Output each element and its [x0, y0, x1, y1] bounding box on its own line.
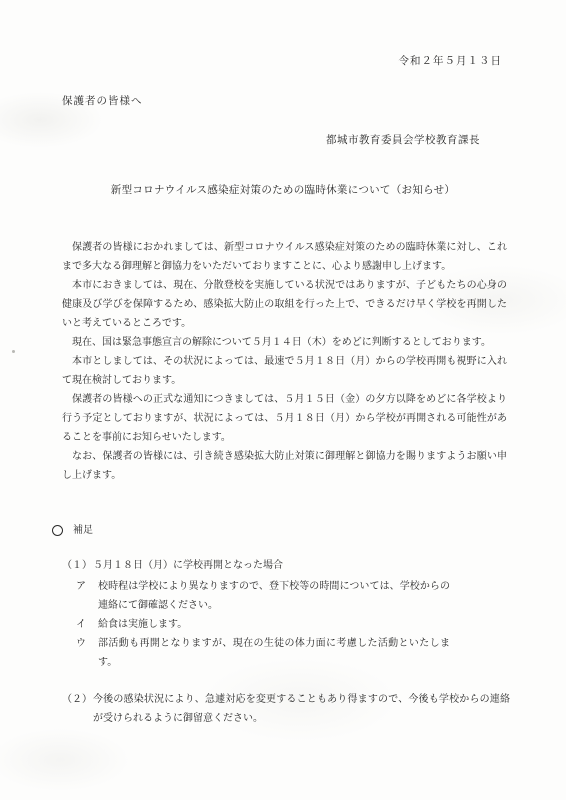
- item-number: （１）: [62, 556, 93, 575]
- body-paragraph: 本市としましては、その状況によっては、最速で５月１８日（月）からの学校再開も視野…: [62, 352, 507, 390]
- subitem-u: ウ 部活動も再開となりますが、現在の生徒の体力面に考慮した活動といたします。: [0, 634, 510, 672]
- supplement-subitems: ア 校時程は学校により異なりますので、登下校等の時間については、学校からの連絡に…: [0, 577, 510, 672]
- body-paragraph: 現在、国は緊急事態宣言の解除について５月１４日（木）をめどに判断するとしておりま…: [62, 333, 507, 352]
- supplement-label: 補足: [73, 521, 93, 540]
- sender-line: 都城市教育委員会学校教育課長: [0, 131, 566, 150]
- body-paragraph: なお、保護者の皆様には、引き続き感染拡大防止対策に御理解と御協力を賜りますようお…: [62, 447, 507, 485]
- subitem-a: ア 校時程は学校により異なりますので、登下校等の時間については、学校からの連絡に…: [0, 577, 510, 615]
- subitem-text: 部活動も再開となりますが、現在の生徒の体力面に考慮した活動といたします。: [98, 634, 450, 672]
- supplement-section: 補足 （１） ５月１８日（月）に学校再開となった場合 ア 校時程は学校により異な…: [0, 521, 566, 728]
- body-paragraph: 保護者の皆様への正式な通知につきましては、５月１５日（金）の夕方以降をめどに各学…: [62, 390, 507, 447]
- scan-artifact-dot: [12, 350, 15, 353]
- subitem-marker: ウ: [76, 634, 98, 672]
- supplement-item-1: （１） ５月１８日（月）に学校再開となった場合: [0, 556, 510, 575]
- subitem-marker: イ: [76, 615, 98, 634]
- letter-body: 保護者の皆様におかれましては、新型コロナウイルス感染症対策のための臨時休業に対し…: [0, 238, 566, 485]
- supplement-item-2: （２） 今後の感染状況により、急遽対応を変更することもあり得ますので、今後も学校…: [0, 690, 510, 728]
- body-paragraph: 保護者の皆様におかれましては、新型コロナウイルス感染症対策のための臨時休業に対し…: [62, 238, 507, 276]
- subitem-marker: ア: [76, 577, 98, 615]
- subitem-i: イ 給食は実施します。: [0, 615, 510, 634]
- body-paragraph: 本市におきましては、現在、分散登校を実施している状況ではありますが、子どもたちの…: [62, 276, 507, 333]
- item-number: （２）: [62, 690, 93, 728]
- document-title: 新型コロナウイルス感染症対策のための臨時休業について（お知らせ）: [0, 181, 566, 200]
- recipient-line: 保護者の皆様へ: [0, 92, 566, 111]
- subitem-text: 校時程は学校により異なりますので、登下校等の時間については、学校からの連絡にて御…: [98, 577, 450, 615]
- circle-marker-icon: [52, 525, 63, 536]
- supplement-header: 補足: [0, 521, 510, 540]
- item-text: 今後の感染状況により、急遽対応を変更することもあり得ますので、今後も学校からの連…: [93, 690, 510, 728]
- scanned-letter-page: 令和２年５月１３日 保護者の皆様へ 都城市教育委員会学校教育課長 新型コロナウイ…: [0, 0, 566, 800]
- item-text: ５月１８日（月）に学校再開となった場合: [93, 556, 510, 575]
- subitem-text: 給食は実施します。: [98, 615, 450, 634]
- document-date: 令和２年５月１３日: [0, 0, 566, 71]
